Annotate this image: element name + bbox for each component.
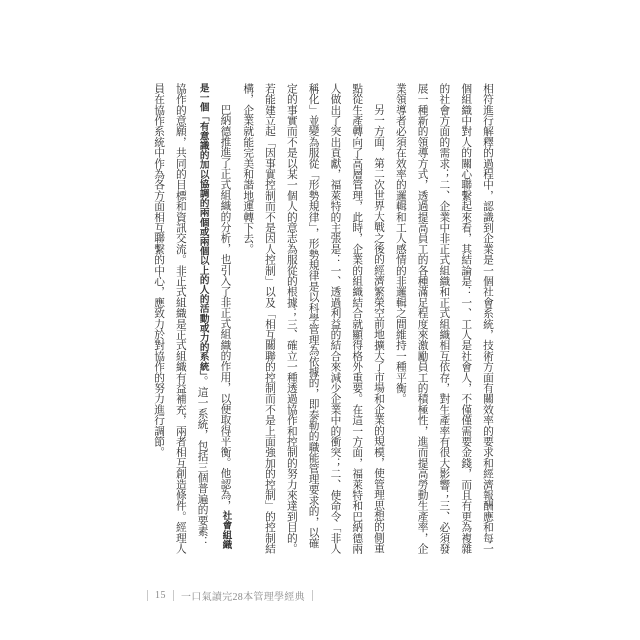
footer-divider: [173, 590, 174, 601]
page-number: 15: [155, 590, 166, 601]
book-title: 一口氣讀完28本管理學經典: [181, 588, 305, 603]
paragraph-3-text-lead: 巴納德推進了正式組織的分析，也引入了非正式組織的作用，以便取得平衡。他認為，: [219, 104, 231, 511]
paragraph-1-text: 相符進行解釋的過程中，認識到企業是一個社會系統，技術方面有關效率的要求和經濟報酬…: [395, 83, 494, 554]
book-page: 相符進行解釋的過程中，認識到企業是一個社會系統，技術方面有關效率的要求和經濟報酬…: [0, 0, 640, 640]
page-text-block: 相符進行解釋的過程中，認識到企業是一個社會系統，技術方面有關效率的要求和經濟報酬…: [148, 83, 498, 556]
paragraph-2-text: 另一方面，第二次世界大戰之後的經濟繁榮空前地擴大了市場和企業的規模，使管理思想的…: [242, 83, 385, 554]
page-footer: 15 一口氣讀完28本管理學經典: [147, 588, 313, 603]
paragraph-3: 巴納德推進了正式組織的分析，也引入了非正式組織的作用，以便取得平衡。他認為，社會…: [147, 83, 236, 556]
paragraph-2: 另一方面，第二次世界大戰之後的經濟繁榮空前地擴大了市場和企業的規模，使管理思想的…: [236, 83, 389, 556]
paragraph-1: 相符進行解釋的過程中，認識到企業是一個社會系統，技術方面有關效率的要求和經濟報酬…: [389, 83, 498, 556]
footer-divider: [147, 590, 148, 601]
footer-divider: [312, 590, 313, 601]
